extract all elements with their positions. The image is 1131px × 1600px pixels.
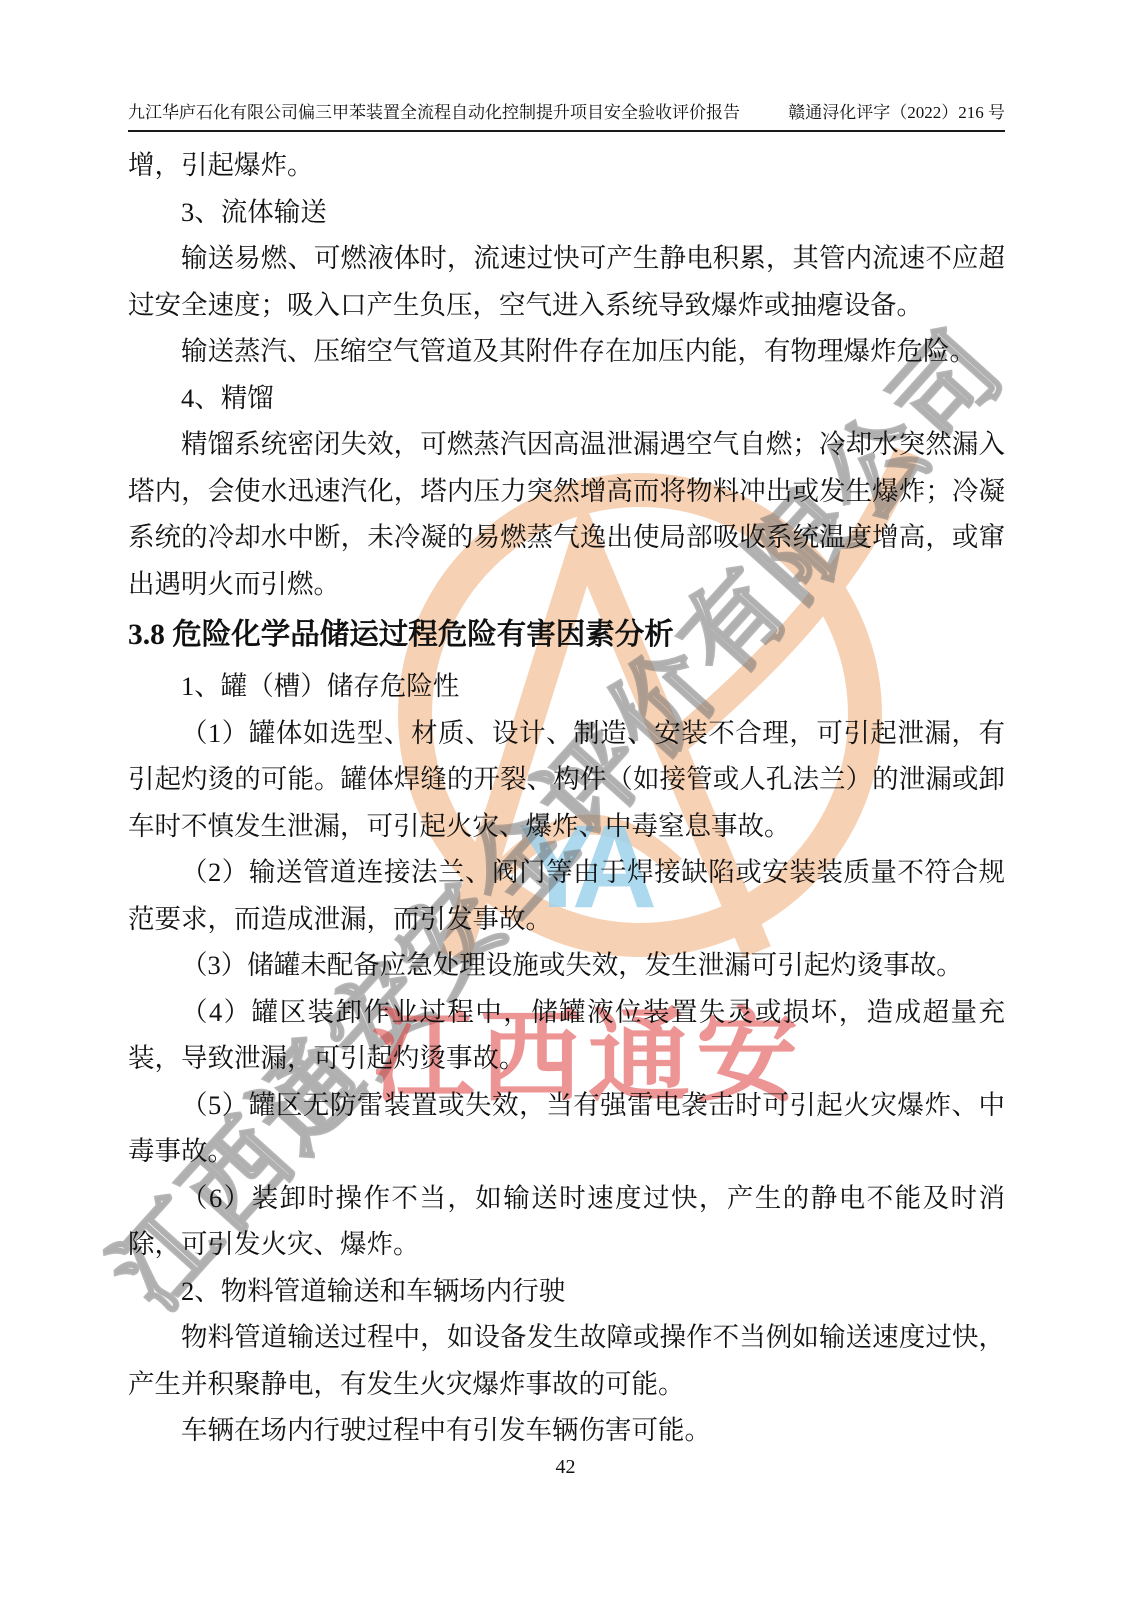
section-heading: 3.8 危险化学品储运过程危险有害因素分析 (128, 607, 1005, 663)
paragraph: 输送蒸汽、压缩空气管道及其附件存在加压内能，有物理爆炸危险。 (128, 328, 1005, 375)
paragraph: 物料管道输送过程中，如设备发生故障或操作不当例如输送速度过快，产生并积聚静电，有… (128, 1314, 1005, 1407)
paragraph: 2、物料管道输送和车辆场内行驶 (128, 1268, 1005, 1315)
paragraph: （6）装卸时操作不当，如输送时速度过快，产生的静电不能及时消除，可引发火灾、爆炸… (128, 1175, 1005, 1268)
paragraph: 输送易燃、可燃液体时，流速过快可产生静电积累，其管内流速不应超过安全速度；吸入口… (128, 235, 1005, 328)
paragraph: 4、精馏 (128, 375, 1005, 422)
paragraph: （1）罐体如选型、材质、设计、制造、安装不合理，可引起泄漏，有引起灼烫的可能。罐… (128, 710, 1005, 850)
paragraph: （5）罐区无防雷装置或失效，当有强雷电袭击时可引起火灾爆炸、中毒事故。 (128, 1082, 1005, 1175)
header-report-title: 九江华庐石化有限公司偏三甲苯装置全流程自动化控制提升项目安全验收评价报告 (128, 98, 740, 123)
paragraph: （2）输送管道连接法兰、阀门等由于焊接缺陷或安装装质量不符合规范要求，而造成泄漏… (128, 849, 1005, 942)
paragraph: 车辆在场内行驶过程中有引发车辆伤害可能。 (128, 1407, 1005, 1454)
page-header: 九江华庐石化有限公司偏三甲苯装置全流程自动化控制提升项目安全验收评价报告 赣通浔… (128, 98, 1005, 132)
paragraph: （3）储罐未配备应急处理设施或失效，发生泄漏可引起灼烫事故。 (128, 942, 1005, 989)
paragraph: （4）罐区装卸作业过程中，储罐液位装置失灵或损坏，造成超量充装，导致泄漏，可引起… (128, 989, 1005, 1082)
paragraph: 3、流体输送 (128, 189, 1005, 236)
paragraph: 精馏系统密闭失效，可燃蒸汽因高温泄漏遇空气自燃；冷却水突然漏入塔内，会使水迅速汽… (128, 421, 1005, 607)
document-body: 增，引起爆炸。3、流体输送输送易燃、可燃液体时，流速过快可产生静电积累，其管内流… (128, 142, 1005, 1454)
paragraph: 1、罐（槽）储存危险性 (128, 663, 1005, 710)
page-number: 42 (0, 1456, 1131, 1479)
paragraph: 增，引起爆炸。 (128, 142, 1005, 189)
header-doc-number: 赣通浔化评字（2022）216 号 (788, 98, 1005, 123)
report-page: YA 江西通安安全评价有限公司 江西通安 九江华庐石化有限公司偏三甲苯装置全流程… (0, 0, 1131, 1600)
